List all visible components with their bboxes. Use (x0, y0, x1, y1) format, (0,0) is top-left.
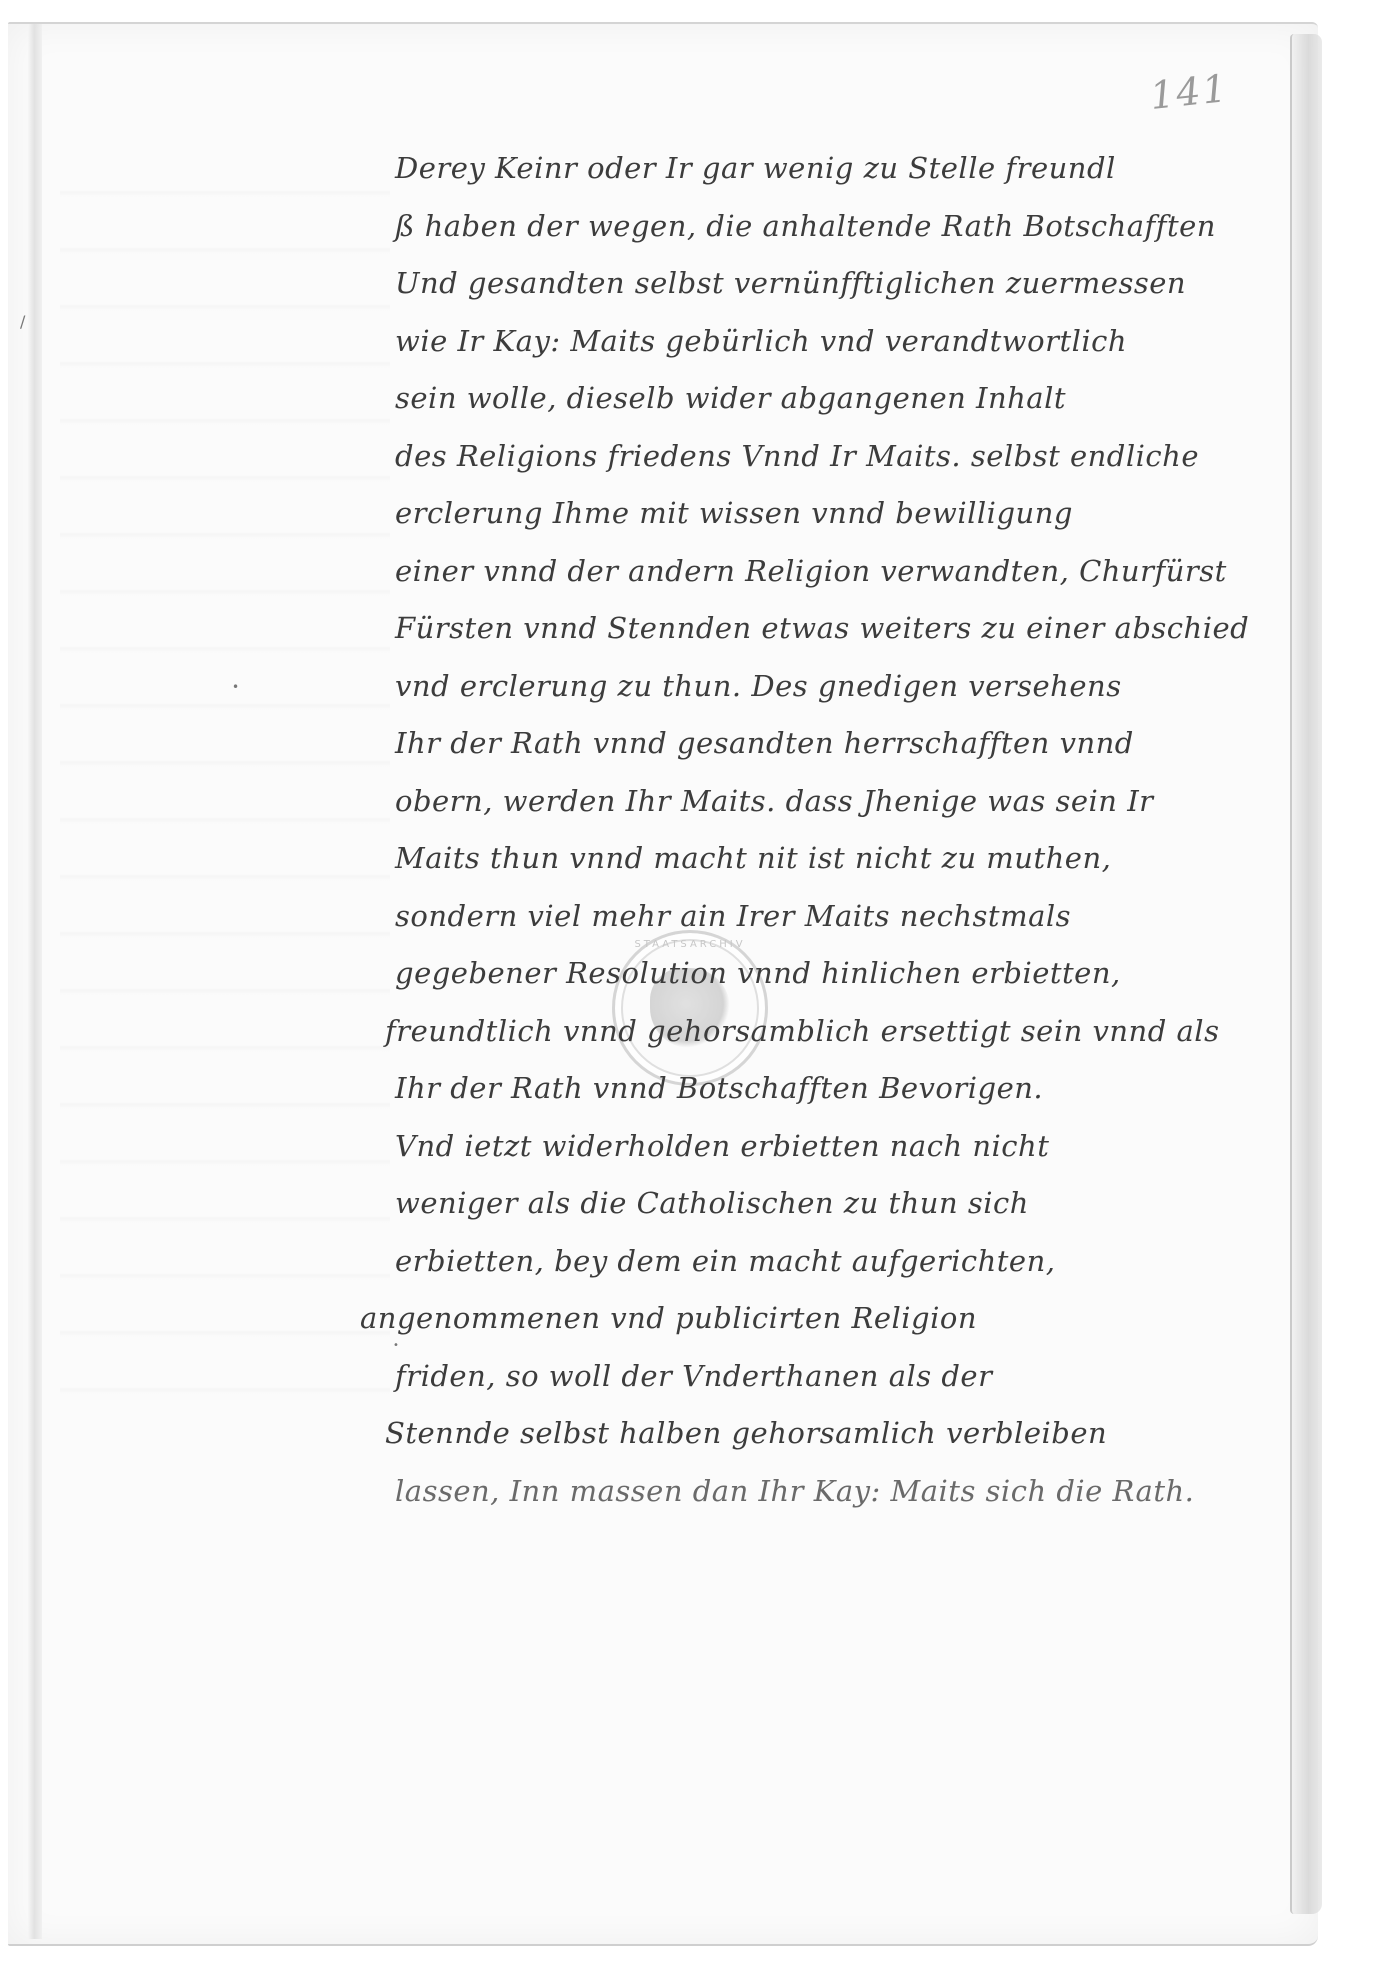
text-line: Stennde selbst halben gehorsamlich verbl… (385, 1405, 1295, 1463)
text-line: Ihr der Rath vnnd gesandten herrschaffte… (395, 715, 1295, 773)
text-line: Maits thun vnnd macht nit ist nicht zu m… (395, 830, 1295, 888)
text-line: einer vnnd der andern Religion verwandte… (395, 543, 1295, 601)
folio-number: 141 (1148, 66, 1231, 118)
text-line: erbietten, bey dem ein macht aufgerichte… (395, 1233, 1295, 1291)
manuscript-text: Derey Keinr oder Ir gar wenig zu Stelle … (395, 140, 1295, 1520)
text-line: Fürsten vnnd Stennden etwas weiters zu e… (395, 600, 1295, 658)
text-line: Ihr der Rath vnnd Botschafften Bevorigen… (395, 1060, 1295, 1118)
text-line: weniger als die Catholischen zu thun sic… (395, 1175, 1295, 1233)
text-line: ß haben der wegen, die anhaltende Rath B… (395, 198, 1295, 256)
text-line: des Religions friedens Vnnd Ir Maits. se… (395, 428, 1295, 486)
text-line: Und gesandten selbst vernünfftiglichen z… (395, 255, 1295, 313)
text-line: gegebener Resolution vnnd hinlichen erbi… (395, 945, 1295, 1003)
text-line: vnd erclerung zu thun. Des gnedigen vers… (395, 658, 1295, 716)
text-line: obern, werden Ihr Maits. dass Jhenige wa… (395, 773, 1295, 831)
text-line: Vnd ietzt widerholden erbietten nach nic… (395, 1118, 1295, 1176)
text-line: Derey Keinr oder Ir gar wenig zu Stelle … (395, 140, 1295, 198)
text-line: sein wolle, dieselb wider abgangenen Inh… (395, 370, 1295, 428)
binding-gutter (28, 24, 42, 1939)
text-line: erclerung Ihme mit wissen vnnd bewilligu… (395, 485, 1295, 543)
scanned-page: 141 STAATSARCHIV / • • Derey Keinr oder … (0, 0, 1382, 1981)
text-line: friden, so woll der Vnderthanen als der (395, 1348, 1295, 1406)
bleed-through-text (60, 140, 390, 1440)
margin-mark-icon: / (20, 312, 25, 331)
text-line: lassen, Inn massen dan Ihr Kay: Maits si… (395, 1463, 1295, 1521)
margin-dot-icon: • (232, 680, 239, 694)
text-line: wie Ir Kay: Maits gebürlich vnd verandtw… (395, 313, 1295, 371)
text-line: freundtlich vnnd gehorsamblich ersettigt… (385, 1003, 1295, 1061)
text-line: angenommenen vnd publicirten Religion (360, 1290, 1295, 1348)
text-line: sondern viel mehr ain Irer Maits nechstm… (395, 888, 1295, 946)
